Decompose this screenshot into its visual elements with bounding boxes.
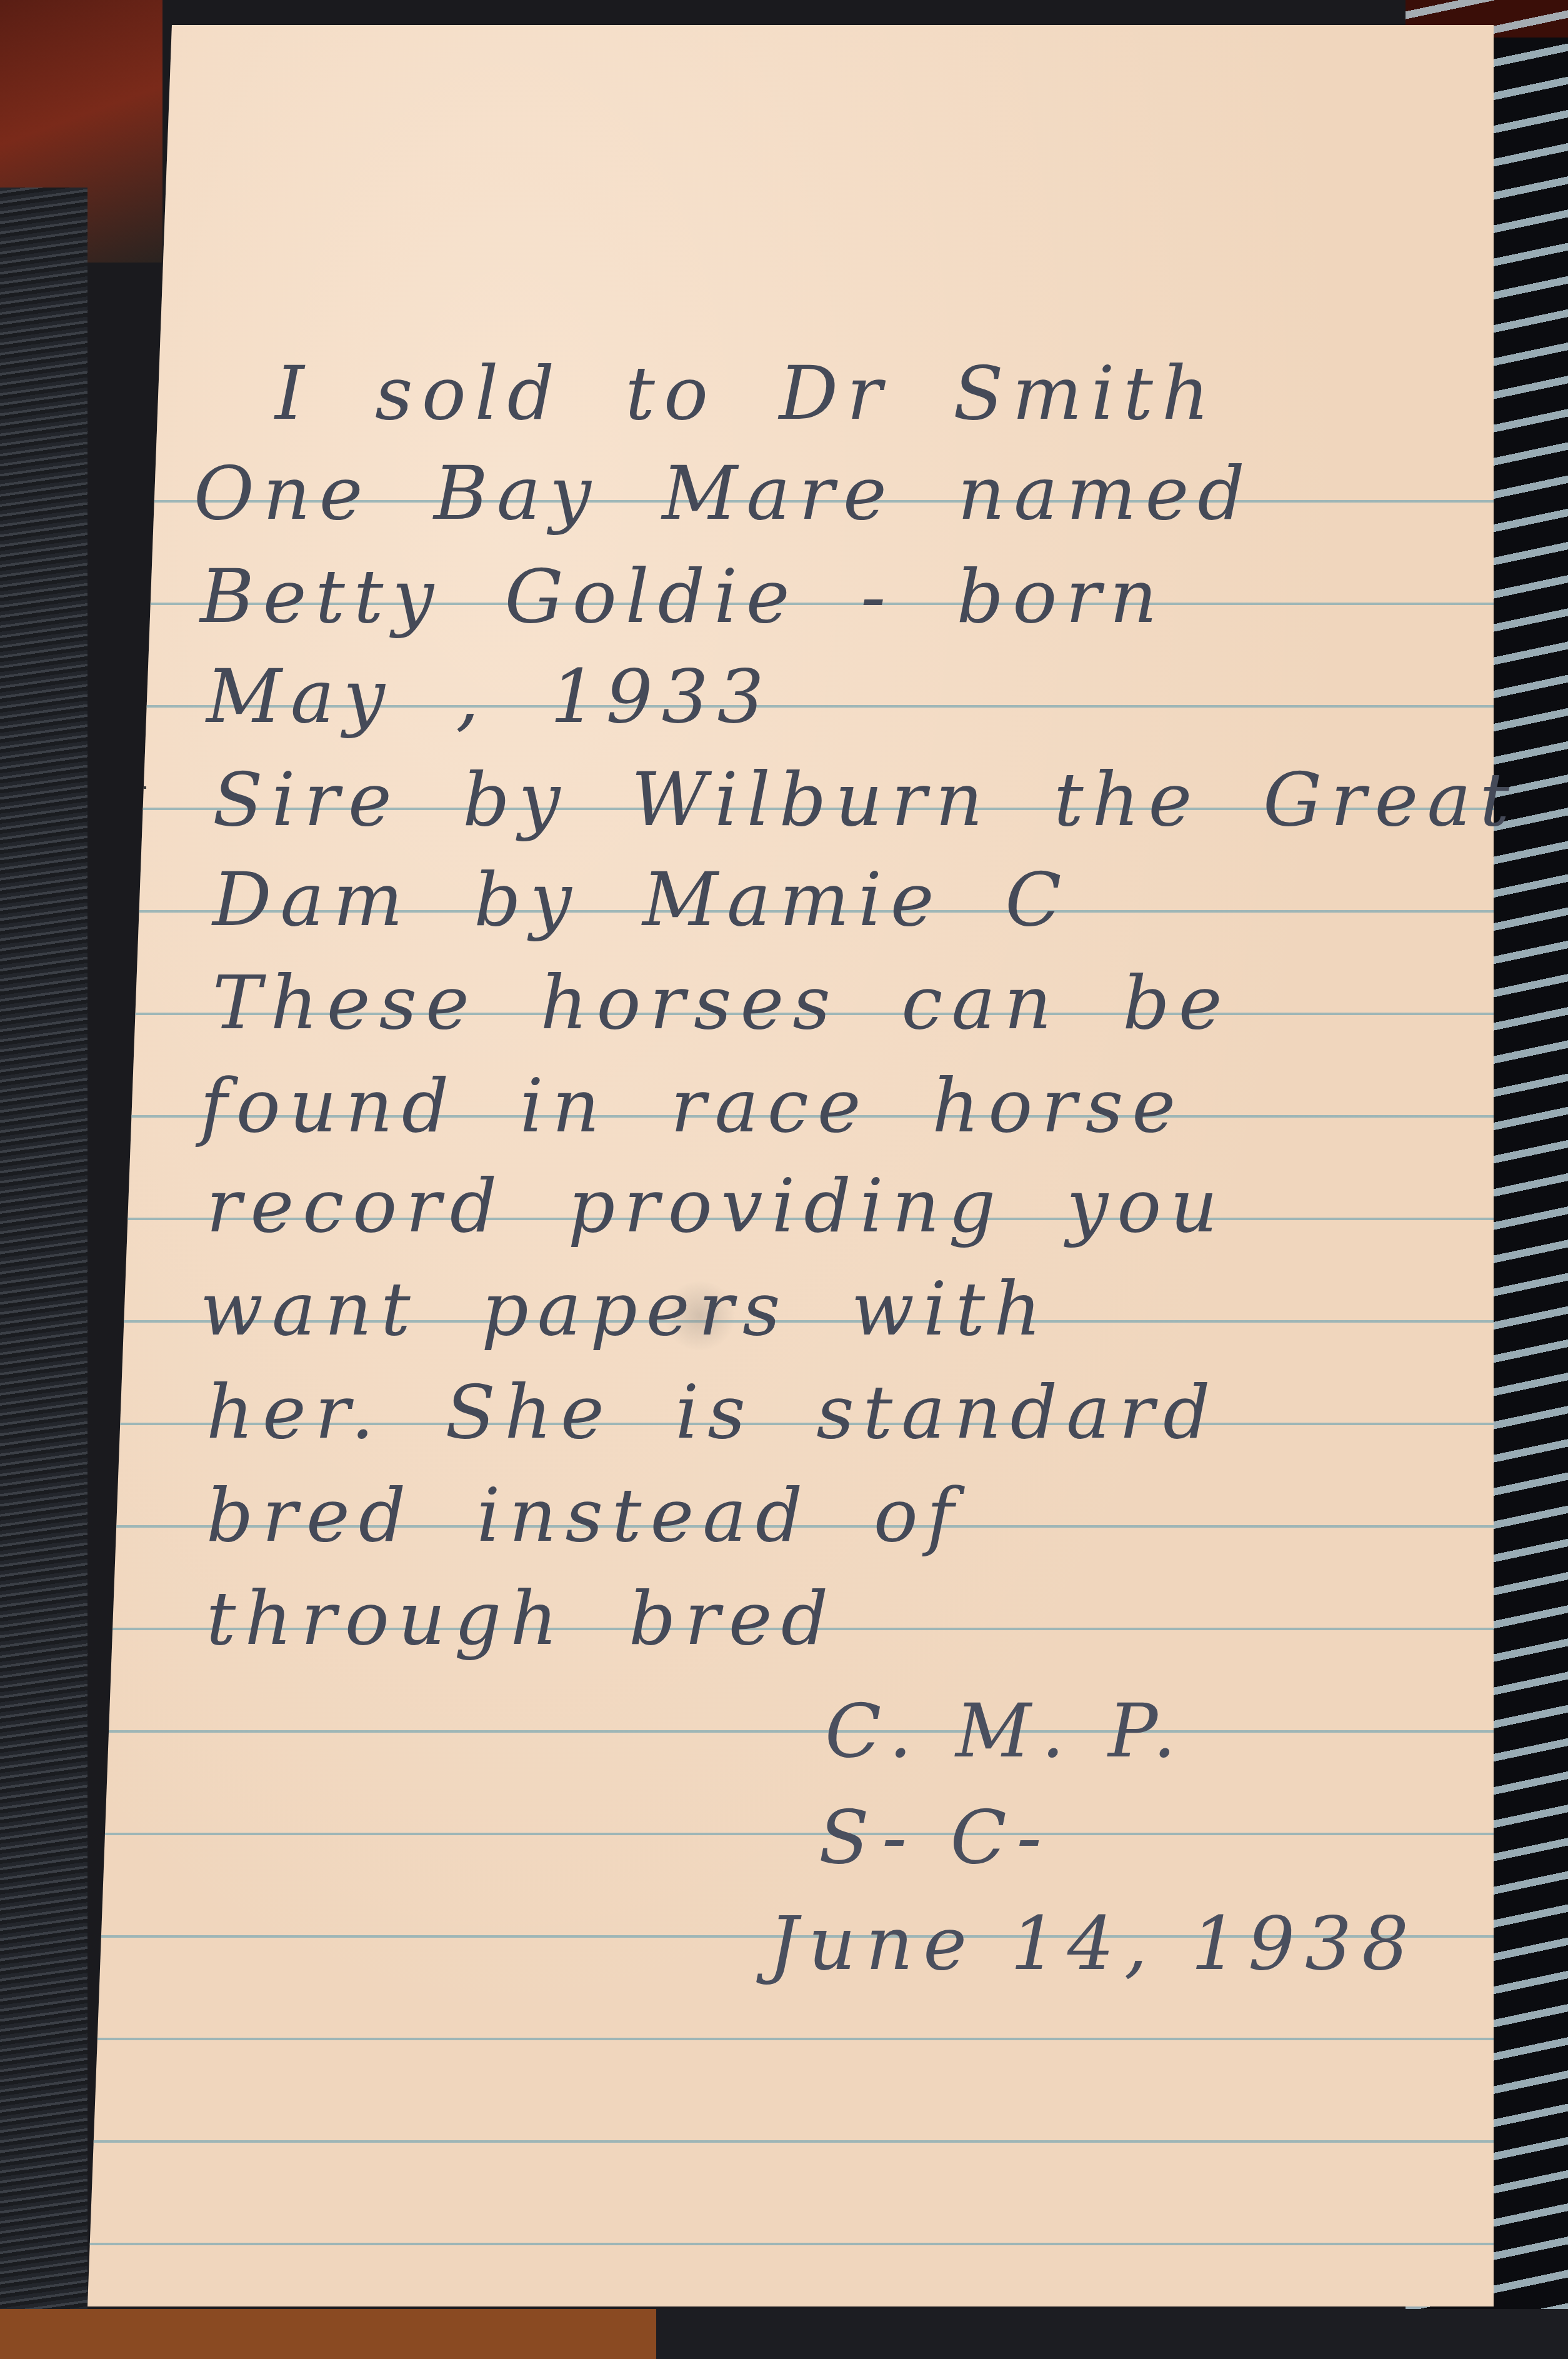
note-line-12: bred instead of	[206, 1478, 962, 1552]
lined-paper-sheet: I sold to Dr Smith One Bay Mare named Be…	[87, 25, 1494, 2306]
margin-mark	[131, 786, 146, 789]
note-line-6: Dam by Mamie C	[212, 863, 1071, 936]
note-line-8: found in race horse	[200, 1069, 1184, 1143]
background-bottom-edge	[0, 2309, 1568, 2359]
note-line-2: One Bay Mare named	[194, 456, 1254, 530]
note-line-7: These horses can be	[212, 966, 1231, 1039]
background-wood-left	[0, 188, 87, 2359]
signature-line-2: S- C-	[819, 1800, 1052, 1874]
note-line-11: her. She is standard	[206, 1375, 1219, 1449]
note-line-5: Sire by Wilburn the Great	[212, 763, 1518, 836]
note-line-10: want papers with	[200, 1272, 1050, 1346]
note-line-1: I sold to Dr Smith	[275, 356, 1218, 430]
note-line-4: May , 1933	[206, 659, 773, 733]
note-line-3: Betty Goldie - born	[200, 559, 1166, 633]
note-line-9: record providing you	[206, 1169, 1226, 1243]
signature-date: June 14, 1938	[769, 1906, 1419, 1980]
signature-initials: C. M. P.	[825, 1694, 1186, 1768]
note-line-13: through bred	[206, 1581, 837, 1655]
